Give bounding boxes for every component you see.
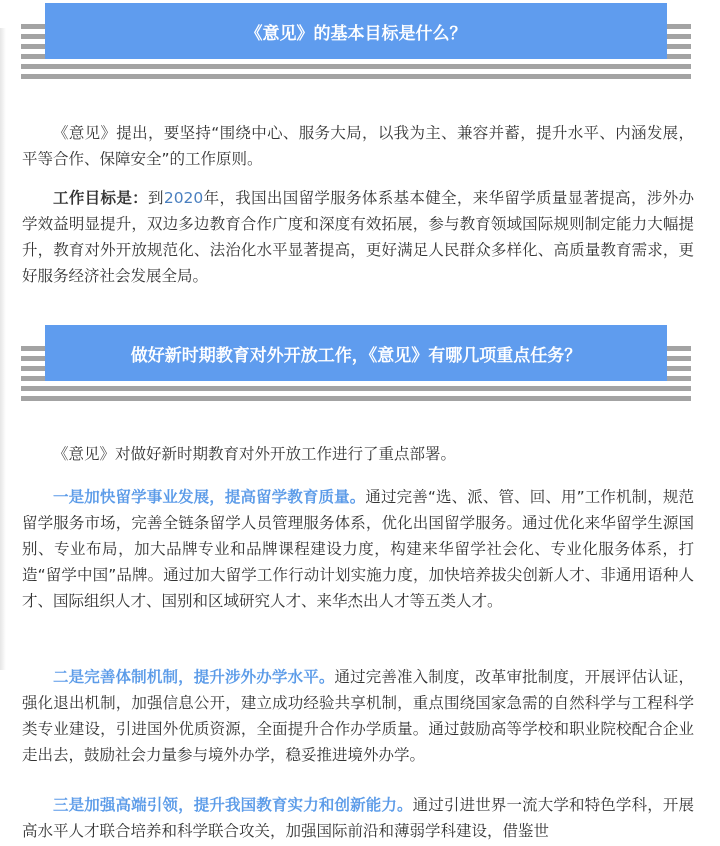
section-header-basic-goals: 《意见》的基本目标是什么？ [21,3,691,83]
year-value: 2020 [164,189,203,207]
paragraph-principles: 《意见》提出，要坚持“围绕中心、服务大局，以我为主、兼容并蓄，提升水平、内涵发展… [22,120,694,172]
paragraph-lead: 工作目标是： [53,189,148,207]
section-header-key-tasks: 做好新时期教育对外开放工作，《意见》有哪几项重点任务？ [21,325,691,405]
task-lead: 三是加强高端引领，提升我国教育实力和创新能力。 [53,796,413,814]
section-title-box: 《意见》的基本目标是什么？ [45,3,667,59]
paragraph-text: 通过完善“选、派、管、回、用”工作机制，规范留学服务市场，完善全链条留学人员管理… [22,488,694,610]
paragraph-task-1: 一是加快留学事业发展，提高留学教育质量。通过完善“选、派、管、回、用”工作机制，… [22,484,694,614]
stripe [21,386,691,391]
left-edge-shadow [0,28,6,670]
section-title: 做好新时期教育对外开放工作，《意见》有哪几项重点任务？ [131,341,582,366]
paragraph-text: 《意见》提出，要坚持“围绕中心、服务大局，以我为主、兼容并蓄，提升水平、内涵发展… [22,124,694,168]
paragraph-text-prefix: 到 [148,189,164,207]
task-lead: 二是完善体制机制，提升涉外办学水平。 [53,668,334,686]
task-lead: 一是加快留学事业发展，提高留学教育质量。 [53,488,365,506]
stripe [21,396,691,401]
section-title-box: 做好新时期教育对外开放工作，《意见》有哪几项重点任务？ [45,325,667,381]
paragraph-work-goals: 工作目标是：到2020年，我国出国留学服务体系基本健全，来华留学质量显著提高，涉… [22,185,694,289]
paragraph-intro: 《意见》对做好新时期教育对外开放工作进行了重点部署。 [22,441,694,467]
paragraph-task-3: 三是加强高端引领，提升我国教育实力和创新能力。通过引进世界一流大学和特色学科，开… [22,792,694,844]
paragraph-task-2: 二是完善体制机制，提升涉外办学水平。通过完善准入制度，改革审批制度，开展评估认证… [22,664,694,768]
paragraph-text: 《意见》对做好新时期教育对外开放工作进行了重点部署。 [53,445,456,463]
stripe [21,64,691,69]
stripe [21,74,691,79]
section-title: 《意见》的基本目标是什么？ [246,19,467,44]
